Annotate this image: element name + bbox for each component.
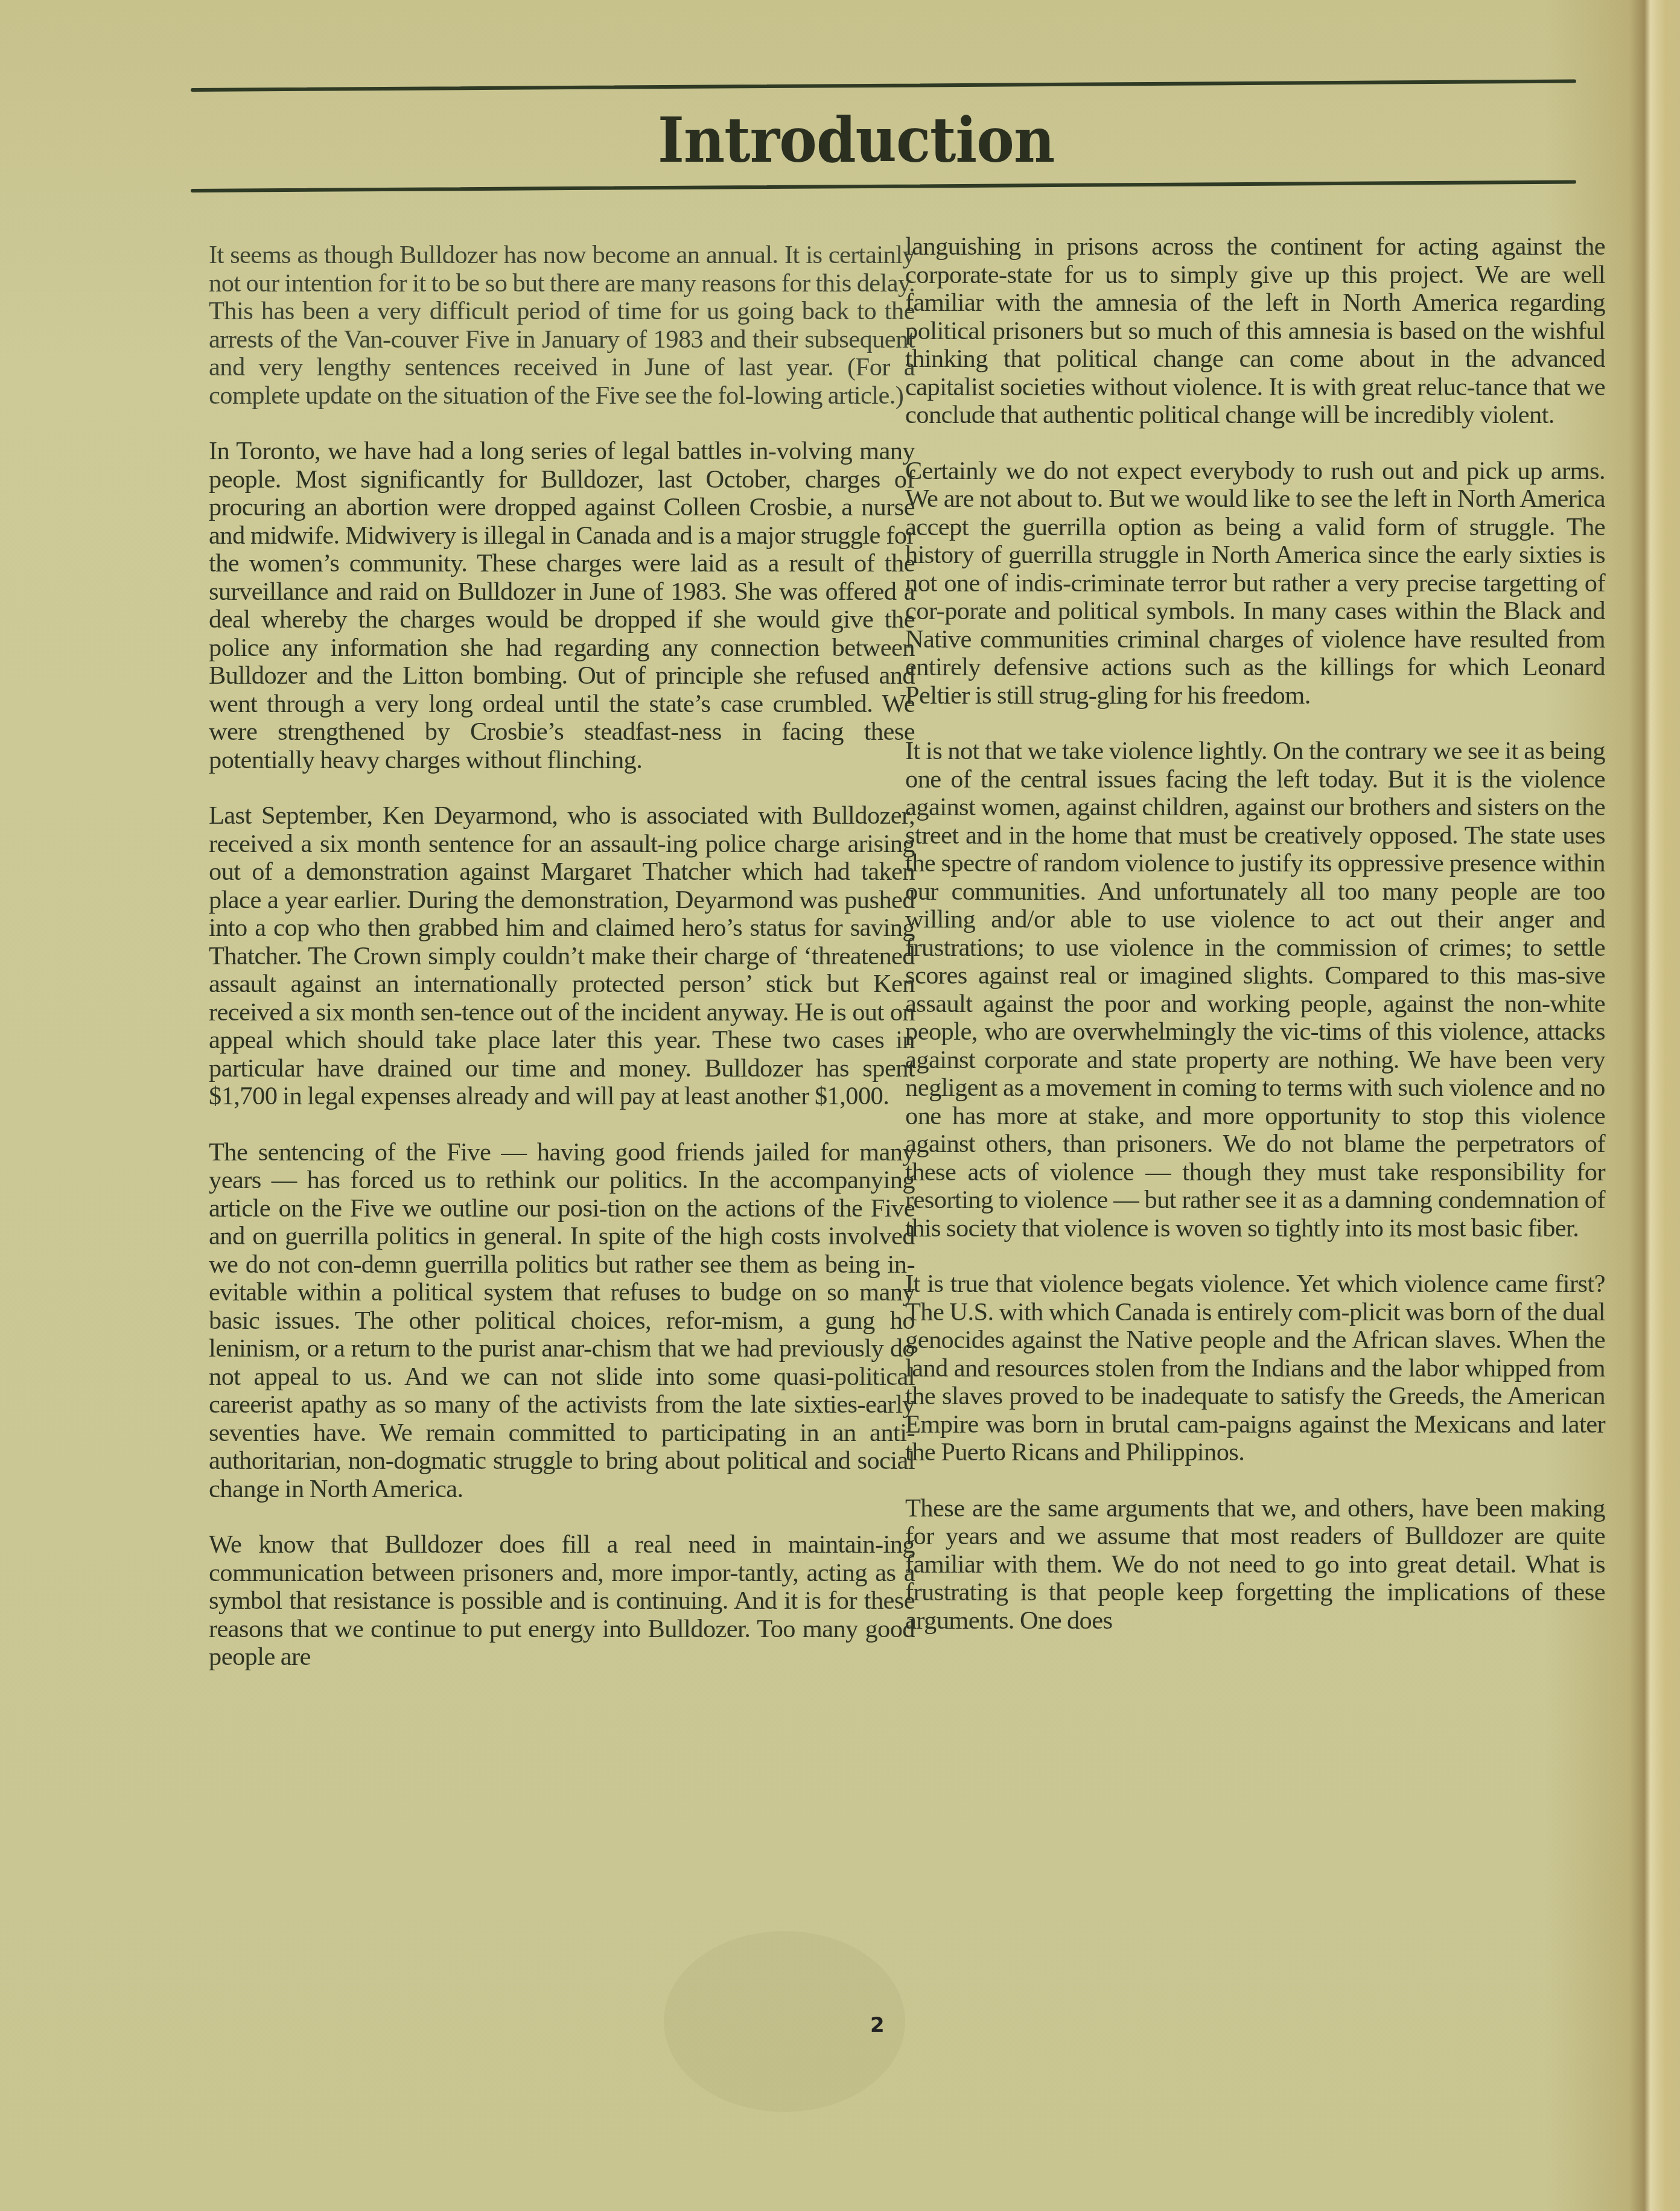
paragraph: Last September, Ken Deyarmond, who is as… xyxy=(209,802,915,1111)
paragraph: languishing in prisons across the contin… xyxy=(905,233,1605,430)
title-rule-top xyxy=(191,80,1576,92)
page-number: 2 xyxy=(870,2013,885,2037)
paragraph: It is not that we take violence lightly.… xyxy=(905,737,1605,1242)
paragraph: It seems as though Bulldozer has now bec… xyxy=(209,241,915,410)
paper-stain xyxy=(664,1931,905,2112)
paragraph: It is true that violence begats violence… xyxy=(905,1270,1605,1467)
paragraph: We know that Bulldozer does fill a real … xyxy=(209,1531,915,1672)
title-rule-bottom xyxy=(191,180,1576,192)
text-column-right: languishing in prisons across the contin… xyxy=(905,233,1605,1662)
paragraph: Certainly we do not expect everybody to … xyxy=(905,457,1605,710)
paragraph: These are the same arguments that we, an… xyxy=(905,1495,1605,1635)
paragraph: In Toronto, we have had a long series of… xyxy=(209,437,915,774)
page-title: Introduction xyxy=(658,101,1054,180)
paragraph: The sentencing of the Five — having good… xyxy=(209,1139,915,1504)
text-column-left: It seems as though Bulldozer has now bec… xyxy=(209,241,915,1699)
